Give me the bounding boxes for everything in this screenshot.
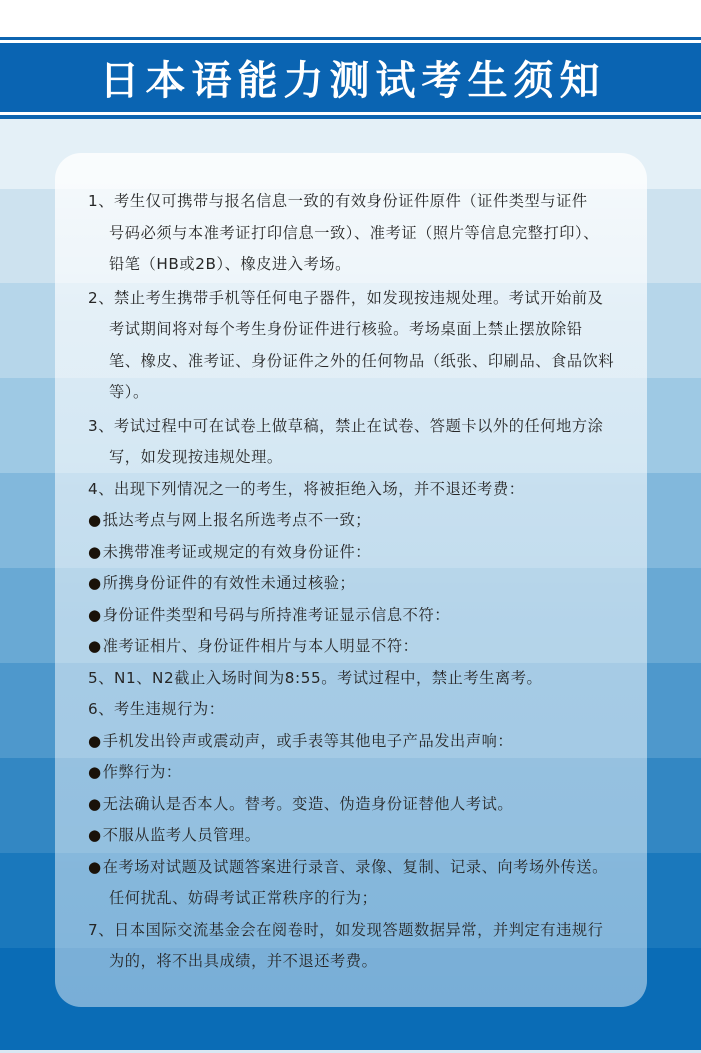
bullet-dot-icon: ● — [88, 637, 102, 655]
bullet-text: 准考证相片、身份证件相片与本人明显不符： — [103, 637, 419, 655]
notice-item-3: 3、考试过程中可在试卷上做草稿，禁止在试卷、答题卡以外的任何地方涂 写，如发现按… — [88, 411, 633, 474]
bullet-text: 作弊行为： — [103, 763, 182, 781]
bullet-text: 手机发出铃声或震动声，或手表等其他电子产品发出声响： — [103, 732, 513, 750]
notice-item-6: 6、考生违规行为： ●手机发出铃声或震动声，或手表等其他电子产品发出声响： ●作… — [88, 694, 633, 915]
bullet-line: ●准考证相片、身份证件相片与本人明显不符： — [88, 631, 633, 663]
bullet-dot-icon: ● — [88, 606, 102, 624]
bullet-text: 在考场对试题及试题答案进行录音、录像、复制、记录、向考场外传送。 — [103, 858, 608, 876]
bullet-dot-icon: ● — [88, 763, 102, 781]
notice-line: 等）。 — [88, 377, 633, 409]
bullet-line: ●身份证件类型和号码与所持准考证显示信息不符： — [88, 600, 633, 632]
bullet-line: ●无法确认是否本人。替考。变造、伪造身份证替他人考试。 — [88, 789, 633, 821]
notice-line: 铅笔（HB或2B）、橡皮进入考场。 — [88, 249, 633, 281]
notice-line: 号码必须与本准考证打印信息一致）、准考证（照片等信息完整打印）、 — [88, 218, 633, 250]
notice-line: 考试期间将对每个考生身份证件进行核验。考场桌面上禁止摆放除铅 — [88, 314, 633, 346]
bullet-line: ●抵达考点与网上报名所选考点不一致； — [88, 505, 633, 537]
notice-line: 为的，将不出具成绩，并不退还考费。 — [88, 946, 633, 978]
notice-line: 笔、橡皮、准考证、身份证件之外的任何物品（纸张、印刷品、食品饮料 — [88, 346, 633, 378]
notice-line: 4、出现下列情况之一的考生，将被拒绝入场，并不退还考费： — [88, 474, 633, 506]
bullet-text: 未携带准考证或规定的有效身份证件： — [103, 543, 371, 561]
bullet-dot-icon: ● — [88, 543, 102, 561]
bullet-dot-icon: ● — [88, 732, 102, 750]
bullet-text: 抵达考点与网上报名所选考点不一致； — [103, 511, 371, 529]
bullet-line: ●在考场对试题及试题答案进行录音、录像、复制、记录、向考场外传送。 — [88, 852, 633, 884]
bullet-dot-icon: ● — [88, 795, 102, 813]
notice-line: 5、N1、N2截止入场时间为8:55。考试过程中，禁止考生离考。 — [88, 663, 633, 695]
bullet-line: ●手机发出铃声或震动声，或手表等其他电子产品发出声响： — [88, 726, 633, 758]
bullet-text: 不服从监考人员管理。 — [103, 826, 261, 844]
notice-line: 写，如发现按违规处理。 — [88, 442, 633, 474]
page-title: 日本语能力测试考生须知 — [100, 49, 606, 106]
bullet-text: 所携身份证件的有效性未通过核验； — [103, 574, 356, 592]
notice-line: 3、考试过程中可在试卷上做草稿，禁止在试卷、答题卡以外的任何地方涂 — [88, 411, 633, 443]
bullet-dot-icon: ● — [88, 826, 102, 844]
header-top-rule — [0, 37, 701, 40]
notice-item-5: 5、N1、N2截止入场时间为8:55。考试过程中，禁止考生离考。 — [88, 663, 633, 695]
bullet-line: ●所携身份证件的有效性未通过核验； — [88, 568, 633, 600]
bullet-text: 无法确认是否本人。替考。变造、伪造身份证替他人考试。 — [103, 795, 513, 813]
notice-line: 1、考生仅可携带与报名信息一致的有效身份证件原件（证件类型与证件 — [88, 186, 633, 218]
bullet-dot-icon: ● — [88, 858, 102, 876]
notice-item-2: 2、禁止考生携带手机等任何电子器件，如发现按违规处理。考试开始前及 考试期间将对… — [88, 283, 633, 409]
notice-line: 2、禁止考生携带手机等任何电子器件，如发现按违规处理。考试开始前及 — [88, 283, 633, 315]
notice-content: 1、考生仅可携带与报名信息一致的有效身份证件原件（证件类型与证件 号码必须与本准… — [88, 186, 633, 978]
notice-line: 7、日本国际交流基金会在阅卷时，如发现答题数据异常，并判定有违规行 — [88, 915, 633, 947]
bullet-line: ●未携带准考证或规定的有效身份证件： — [88, 537, 633, 569]
title-band: 日本语能力测试考生须知 — [0, 43, 701, 112]
notice-item-4: 4、出现下列情况之一的考生，将被拒绝入场，并不退还考费： ●抵达考点与网上报名所… — [88, 474, 633, 663]
notice-item-1: 1、考生仅可携带与报名信息一致的有效身份证件原件（证件类型与证件 号码必须与本准… — [88, 186, 633, 281]
notice-panel: 1、考生仅可携带与报名信息一致的有效身份证件原件（证件类型与证件 号码必须与本准… — [55, 153, 647, 1007]
notice-item-7: 7、日本国际交流基金会在阅卷时，如发现答题数据异常，并判定有违规行 为的，将不出… — [88, 915, 633, 978]
bullet-dot-icon: ● — [88, 574, 102, 592]
top-margin — [0, 0, 701, 37]
bullet-line: ●不服从监考人员管理。 — [88, 820, 633, 852]
bullet-dot-icon: ● — [88, 511, 102, 529]
bullet-text: 身份证件类型和号码与所持准考证显示信息不符： — [103, 606, 450, 624]
bullet-line: ●作弊行为： — [88, 757, 633, 789]
bullet-continuation: 任何扰乱、妨碍考试正常秩序的行为； — [88, 883, 633, 915]
notice-line: 6、考生违规行为： — [88, 694, 633, 726]
